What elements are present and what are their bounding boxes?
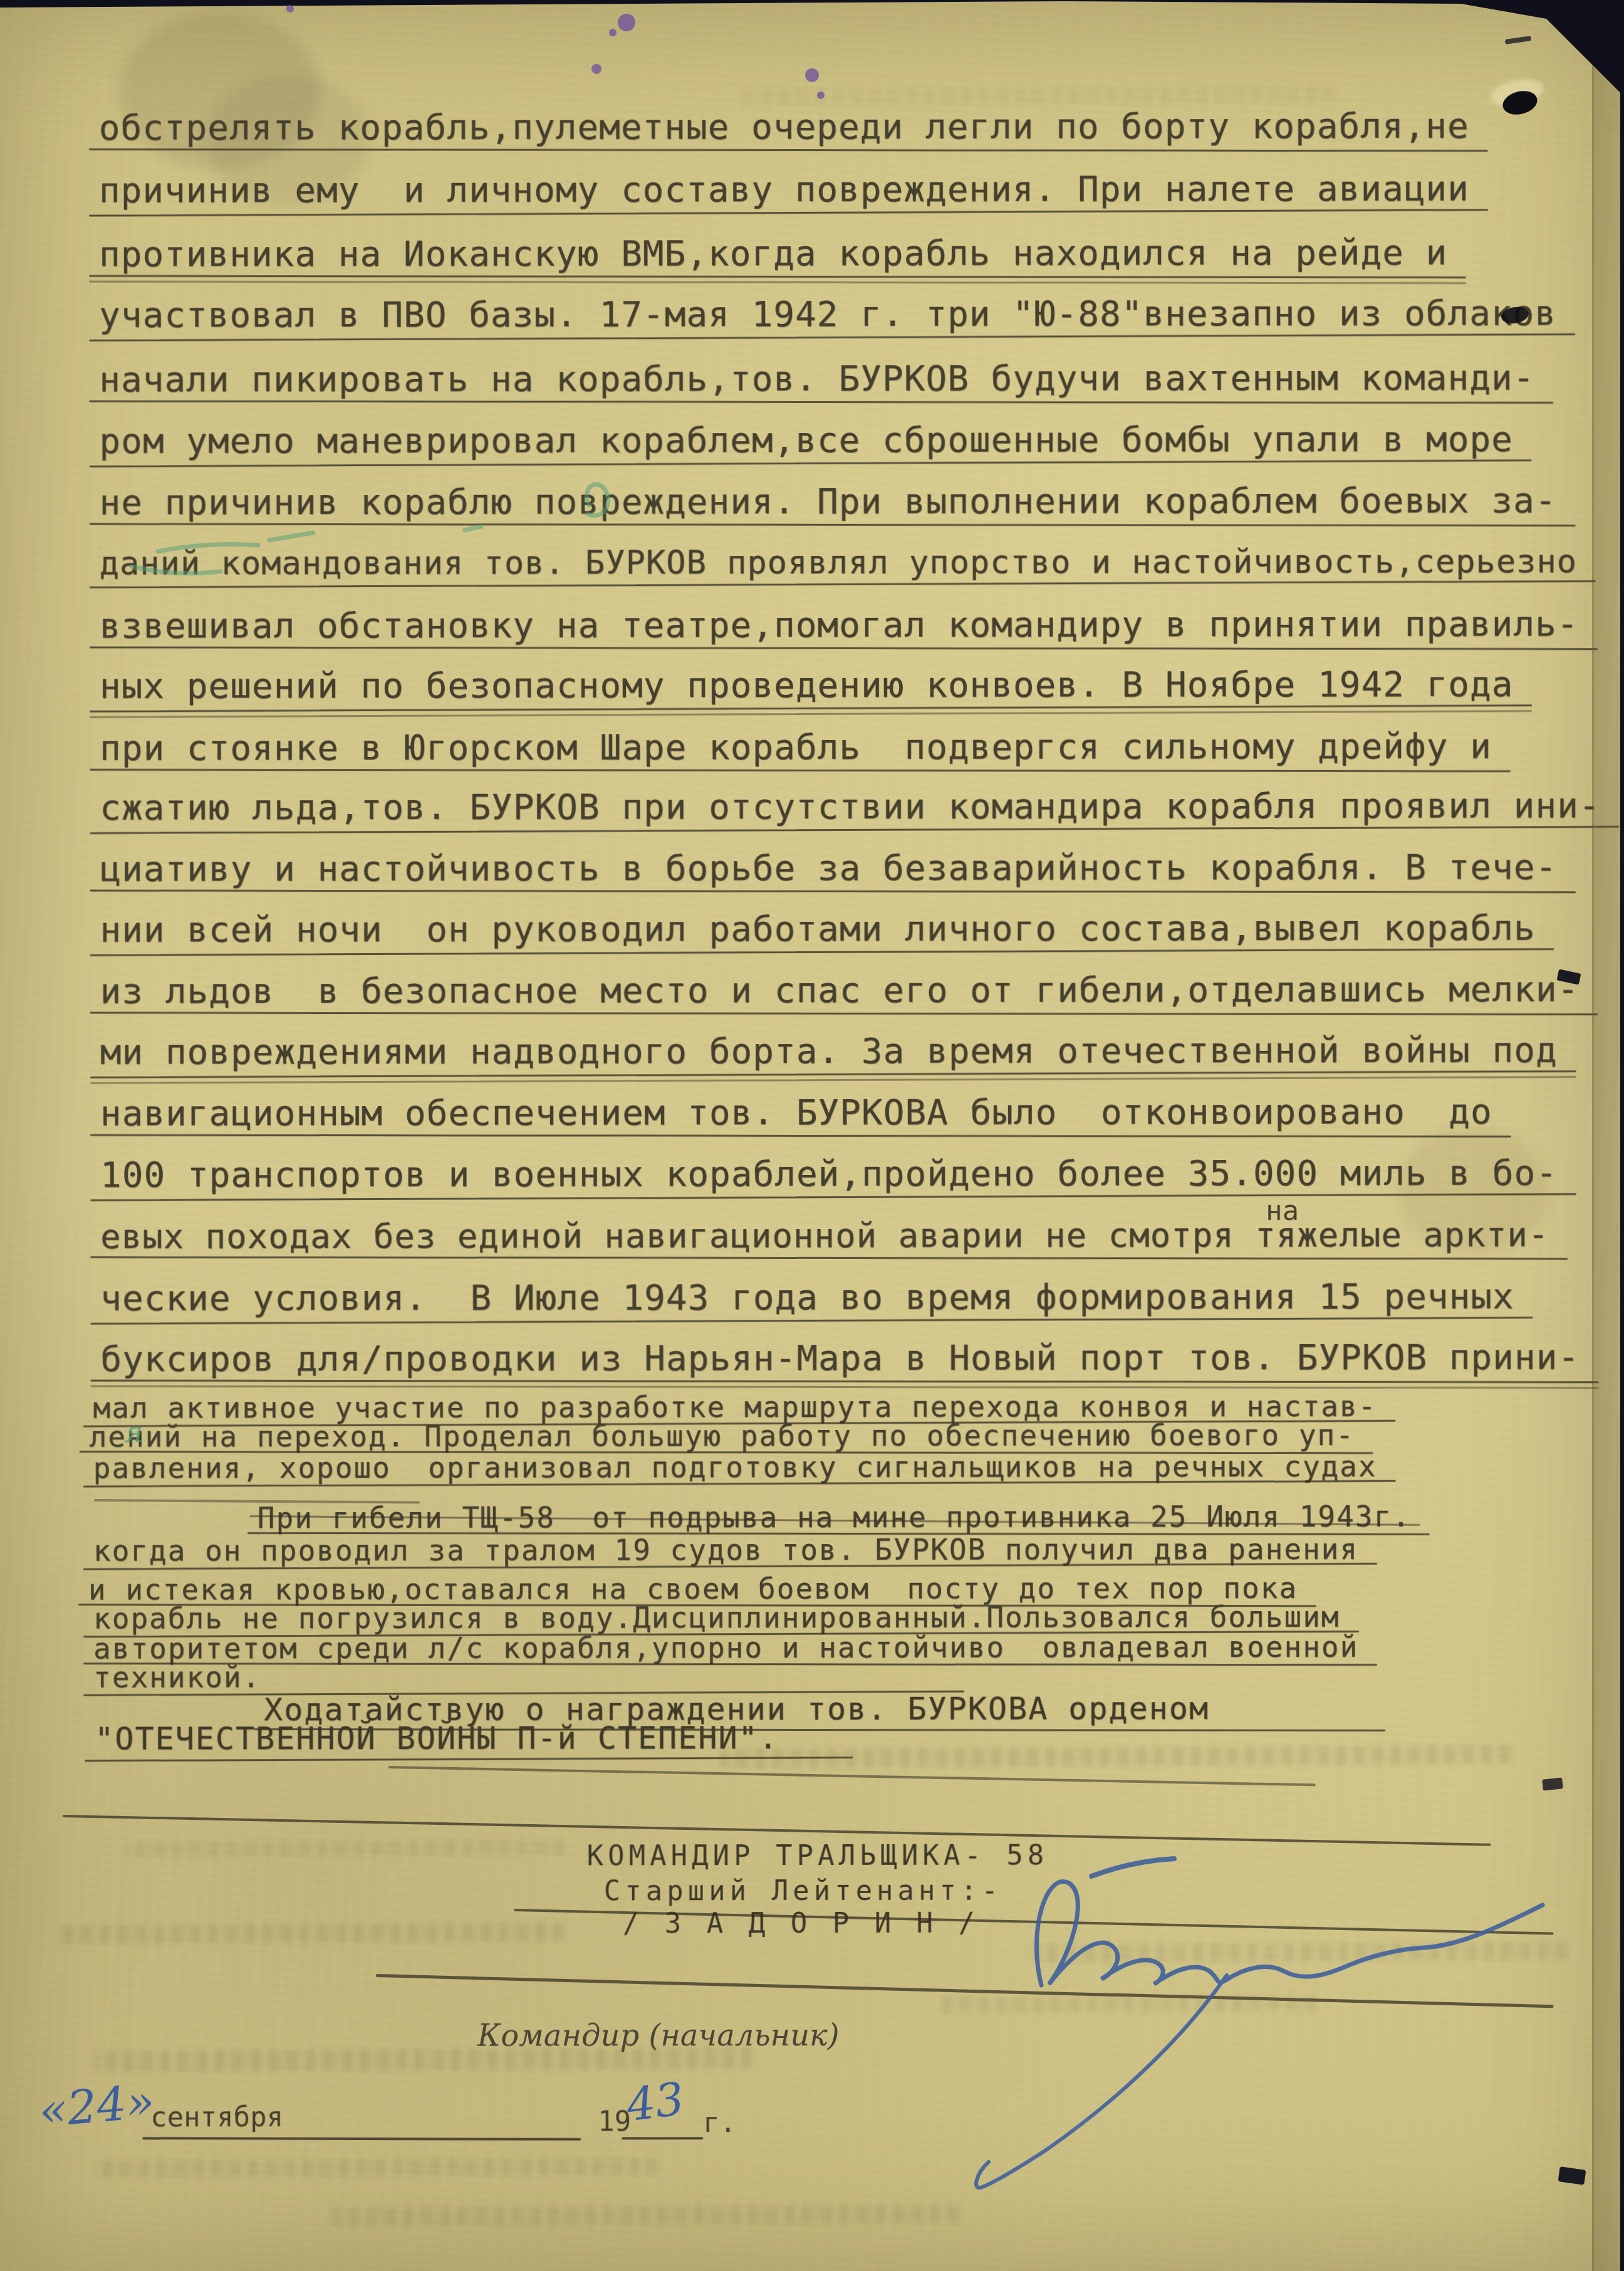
typed-line: евых походах без единой навигационной ав… <box>100 1218 1549 1253</box>
typed-line: обстрелять корабль,пулеметные очереди ле… <box>99 109 1469 146</box>
ghost-bleedthrough <box>94 2047 752 2072</box>
correction-mark: я <box>124 1415 143 1449</box>
typed-line: причинив ему и личному составу поврежден… <box>99 172 1469 209</box>
signoff-title-line: КОМАНДИР ТРАЛЬЩИКА- 58 <box>587 1842 1049 1870</box>
signoff-rank-line: Старший Лейтенант:- <box>604 1877 1002 1906</box>
typed-line: противника на Иоканскую ВМБ,когда корабл… <box>99 236 1447 273</box>
year-handwritten: 43 <box>623 2072 687 2132</box>
date-underline <box>142 2137 581 2140</box>
typed-line: ных решений по безопасному проведению ко… <box>100 667 1514 704</box>
typed-line: корабль не погрузился в воду.Дисциплинир… <box>93 1602 1340 1633</box>
date-day-handwritten: «24» <box>37 2074 157 2138</box>
ghost-bleedthrough <box>739 86 1335 106</box>
ghost-bleedthrough <box>1034 1941 1566 1963</box>
typed-line: участвовал в ПВО базы. 17-мая 1942 г. тр… <box>99 296 1556 333</box>
typed-line: ром умело маневрировал кораблем,все сбро… <box>99 422 1513 459</box>
year-prefix: 19 <box>598 2106 631 2138</box>
edge-mark <box>1542 1777 1563 1790</box>
ghost-bleedthrough <box>940 1995 1316 2013</box>
typed-line: и истекая кровью,оставался на своем боев… <box>88 1574 1298 1604</box>
typed-line: начали пикировать на корабль,тов. БУРКОВ… <box>99 360 1534 397</box>
typed-line: циативу и настойчивость в борьбе за беза… <box>100 850 1557 887</box>
ghost-bleedthrough <box>125 1840 564 1857</box>
typed-line: при стоянке в Югорском Шаре корабль подв… <box>100 729 1492 766</box>
typed-line: техникой. <box>93 1662 945 1692</box>
date-underline <box>622 2137 703 2139</box>
typed-line: когда он проводил за тралом 19 судов тов… <box>93 1535 1358 1565</box>
typed-line: из льдов в безопасное место и спас его о… <box>100 972 1580 1009</box>
typed-line: авторитетом среди л/с корабля,упорно и н… <box>93 1632 1358 1663</box>
typed-line: буксиров для/проводки из Нарьян-Мара в Н… <box>100 1340 1580 1377</box>
ghost-bleedthrough <box>63 1923 564 1944</box>
typed-line: не причинив кораблю повреждения. При вып… <box>100 483 1557 520</box>
typed-line: ми повреждениями надводного борта. За вр… <box>100 1033 1558 1070</box>
ghost-bleedthrough <box>332 2204 959 2226</box>
typed-line: навигационным обеспечением тов. БУРКОВА … <box>100 1094 1492 1131</box>
typed-line: ческие условия. В Июле 1943 года во врем… <box>100 1279 1514 1316</box>
ghost-bleedthrough <box>94 2158 658 2178</box>
typed-line: сжатию льда,тов. БУРКОВ при отсутствии к… <box>100 788 1600 825</box>
typed-line: нии всей ночи он руководил работами личн… <box>100 911 1536 948</box>
typed-line: При гибели ТЩ-58 от подрыва на мине прот… <box>258 1502 1411 1533</box>
typed-line: даний командования тов. БУРКОВ проявлял … <box>100 545 1577 580</box>
typed-line: взвешивал обстановку на театре,помогал к… <box>100 607 1579 644</box>
year-suffix: г. <box>703 2107 736 2139</box>
inserted-word: на <box>1266 1195 1299 1227</box>
typed-line: 100 транспортов и военных кораблей,пройд… <box>100 1156 1558 1193</box>
document-scan: обстрелять корабль,пулеметные очереди ле… <box>0 0 1624 2271</box>
paper: обстрелять корабль,пулеметные очереди ле… <box>0 0 1624 2271</box>
typed-line: лений на переход. Проделал большую работ… <box>90 1421 1355 1451</box>
date-month: сентября <box>150 2101 283 2133</box>
typed-line: равления, хорошо организовал подготовку … <box>93 1452 1377 1483</box>
